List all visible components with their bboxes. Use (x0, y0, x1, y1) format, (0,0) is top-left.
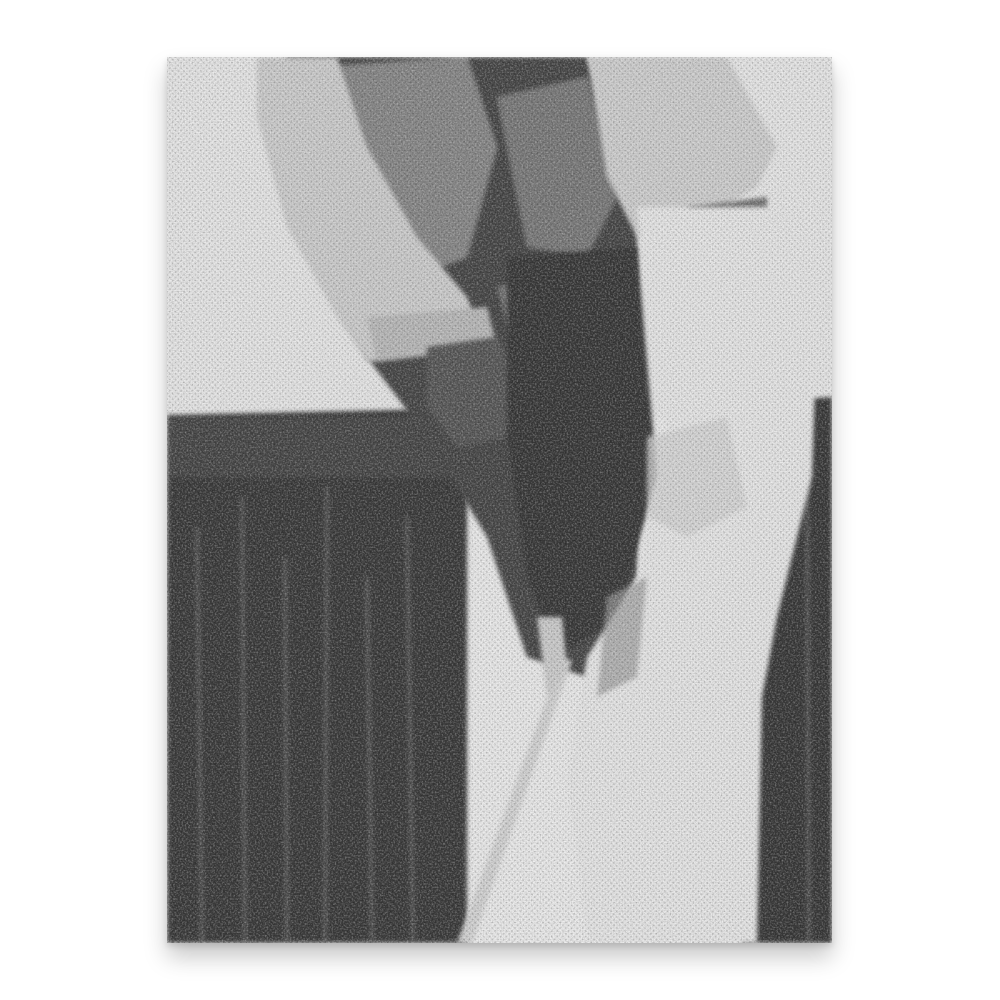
poster-print: Vintage halftone newspaper photograph of… (167, 57, 832, 943)
halftone-photo (167, 57, 832, 943)
halftone-grain-light (167, 57, 832, 943)
